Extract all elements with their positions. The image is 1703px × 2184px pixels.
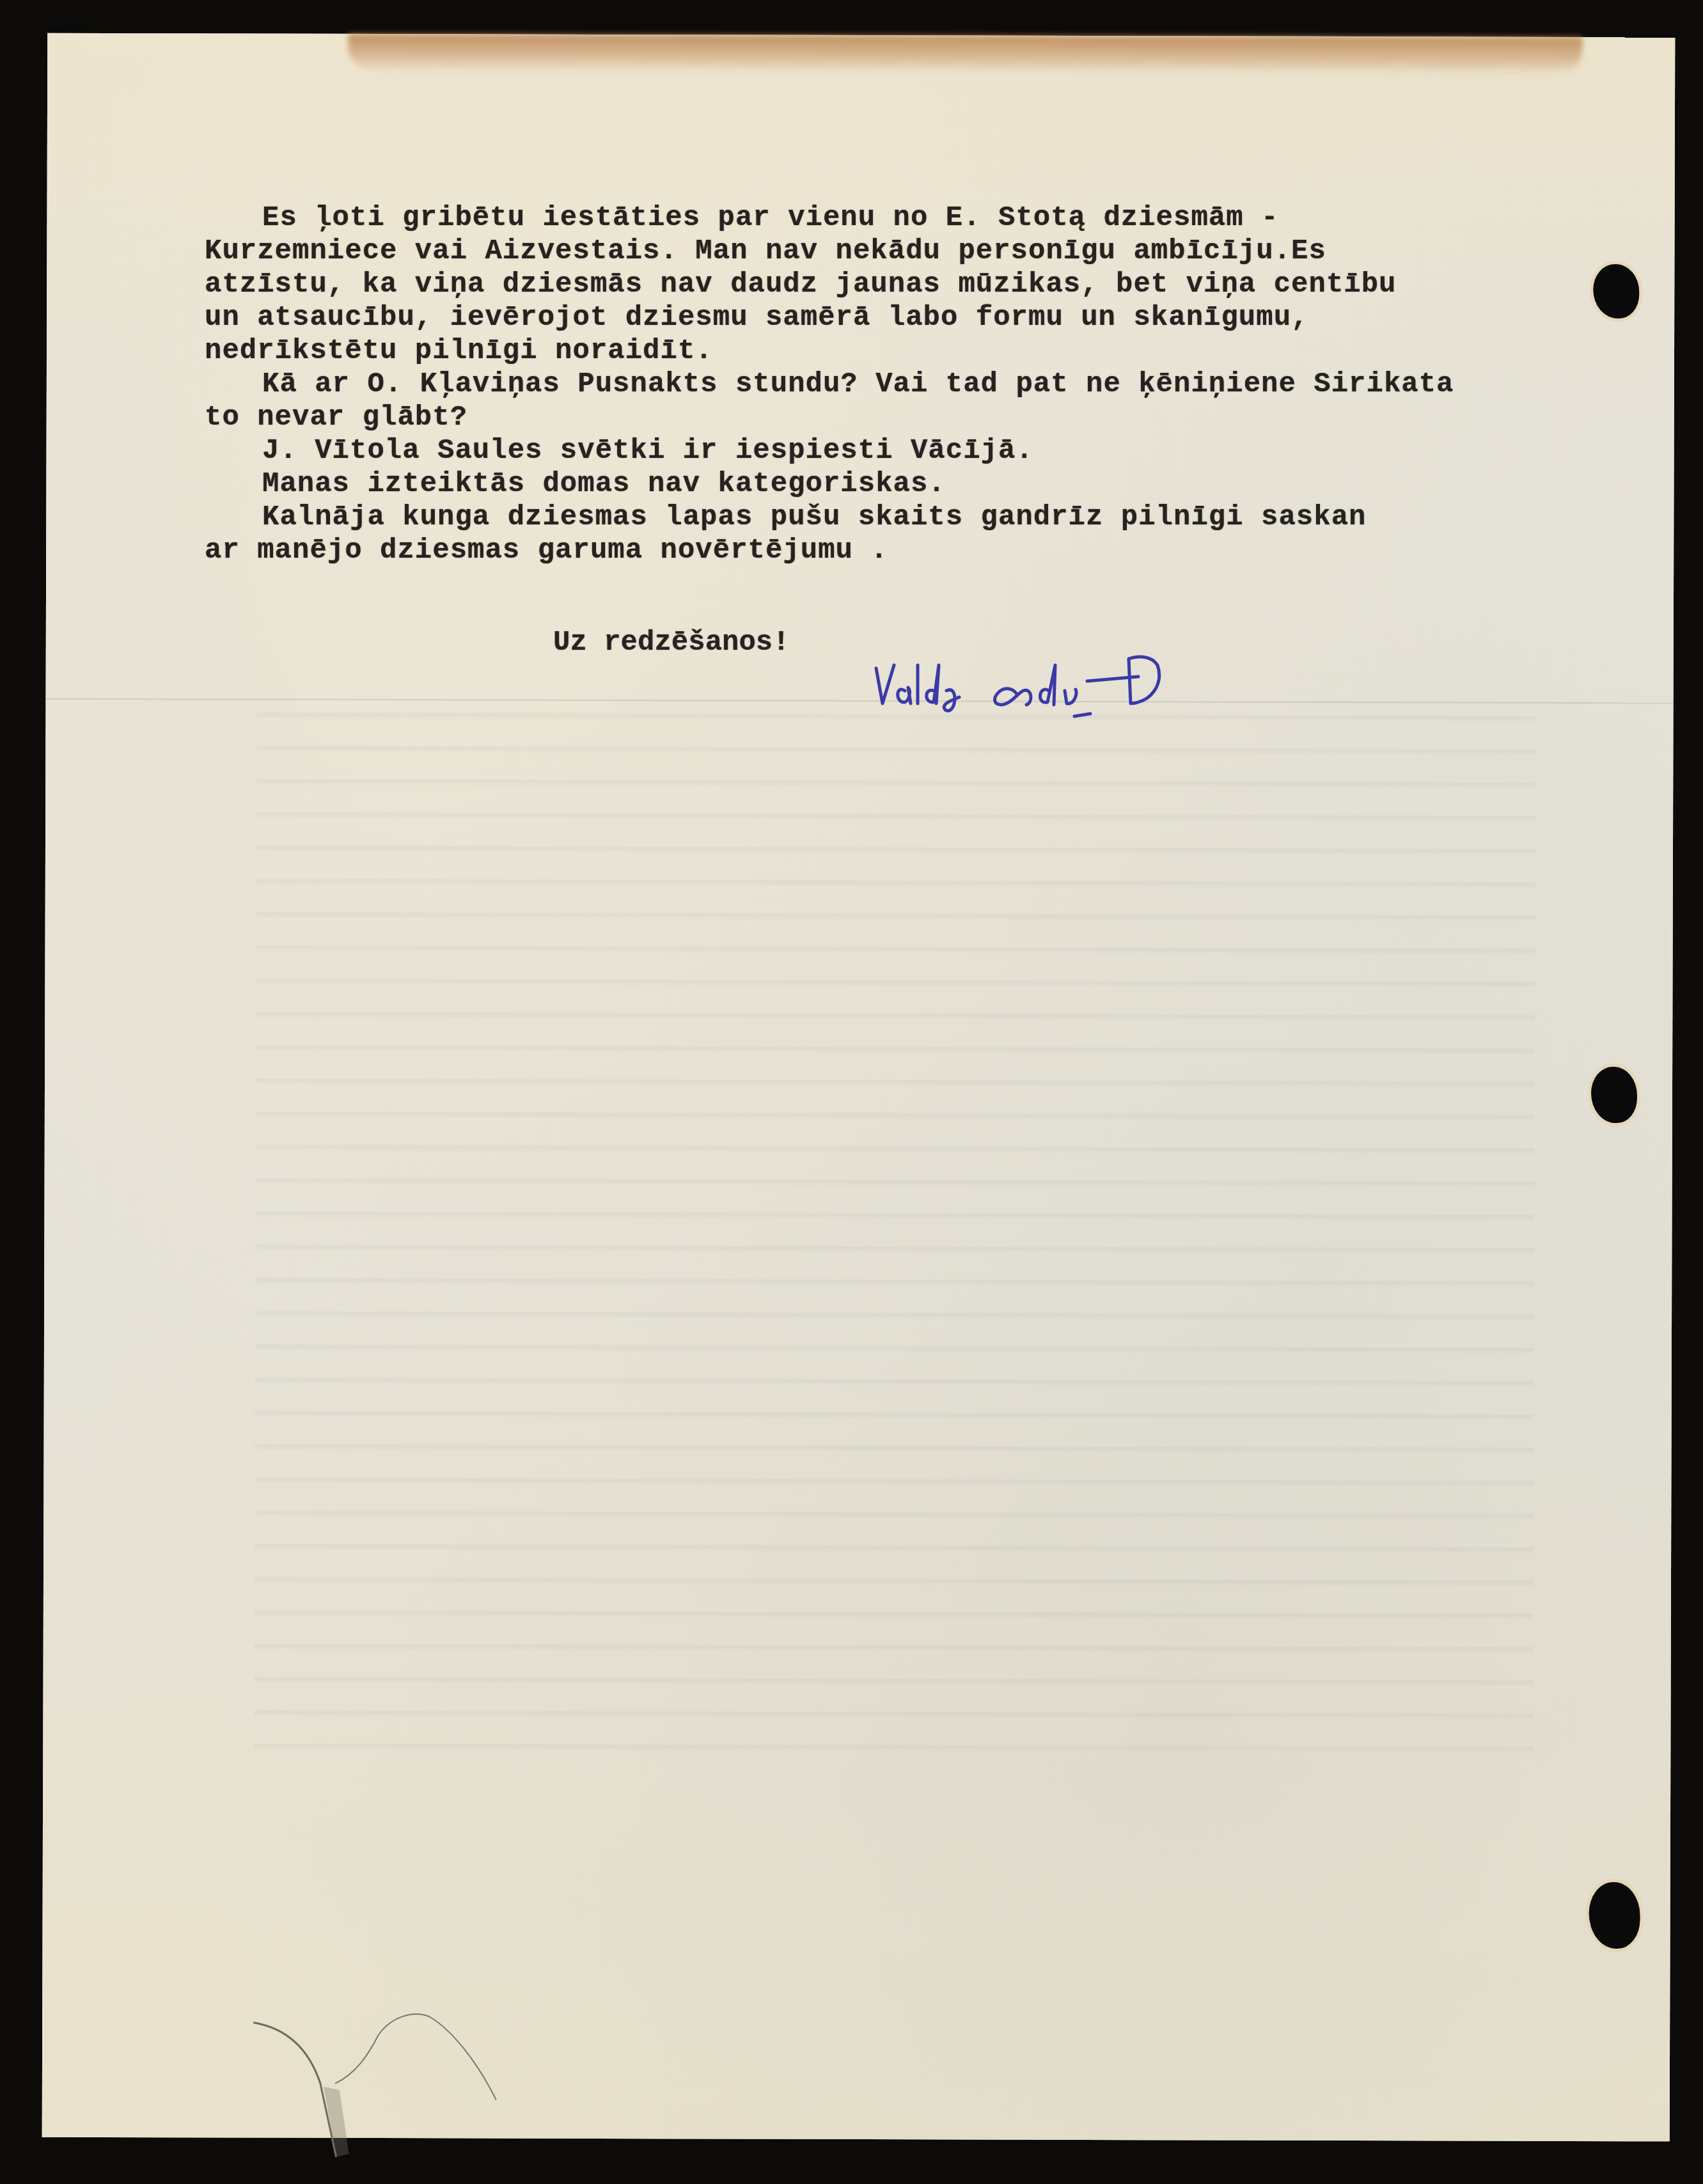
punch-hole-middle	[1591, 1067, 1637, 1123]
text-line: Es ļoti gribētu iestāties par vienu no E…	[205, 201, 1644, 235]
punch-hole-bottom	[1589, 1882, 1640, 1949]
text-line: Kā ar O. Kļaviņas Pusnakts stundu? Vai t…	[205, 368, 1644, 401]
text-line: Kalnāja kunga dziesmas lapas pušu skaits…	[205, 501, 1644, 534]
text-line: nedrīkstētu pilnīgi noraidīt.	[205, 334, 1644, 368]
signature-ink-icon	[870, 646, 1253, 723]
text-line: Manas izteiktās domas nav kategoriskas.	[205, 467, 1644, 501]
letter-body: Es ļoti gribētu iestāties par vienu no E…	[205, 201, 1644, 567]
text-line: Kurzemniece vai Aizvestais. Man nav nekā…	[205, 235, 1644, 268]
text-line: J. Vītola Saules svētki ir iespiesti Vāc…	[205, 434, 1644, 467]
bleed-through-text	[254, 686, 1535, 1777]
paper-crease-mark	[253, 1946, 510, 2177]
text-line: un atsaucību, ievērojot dziesmu samērā l…	[205, 301, 1644, 334]
text-line: ar manējo dziesmas garuma novērtējumu .	[205, 534, 1644, 567]
handwritten-signature	[870, 646, 1253, 723]
text-line: atzīstu, ka viņa dziesmās nav daudz jaun…	[205, 268, 1644, 301]
text-line: to nevar glābt?	[205, 401, 1644, 434]
closing-salutation: Uz redzēšanos!	[553, 627, 790, 659]
top-edge-stain	[348, 34, 1582, 75]
